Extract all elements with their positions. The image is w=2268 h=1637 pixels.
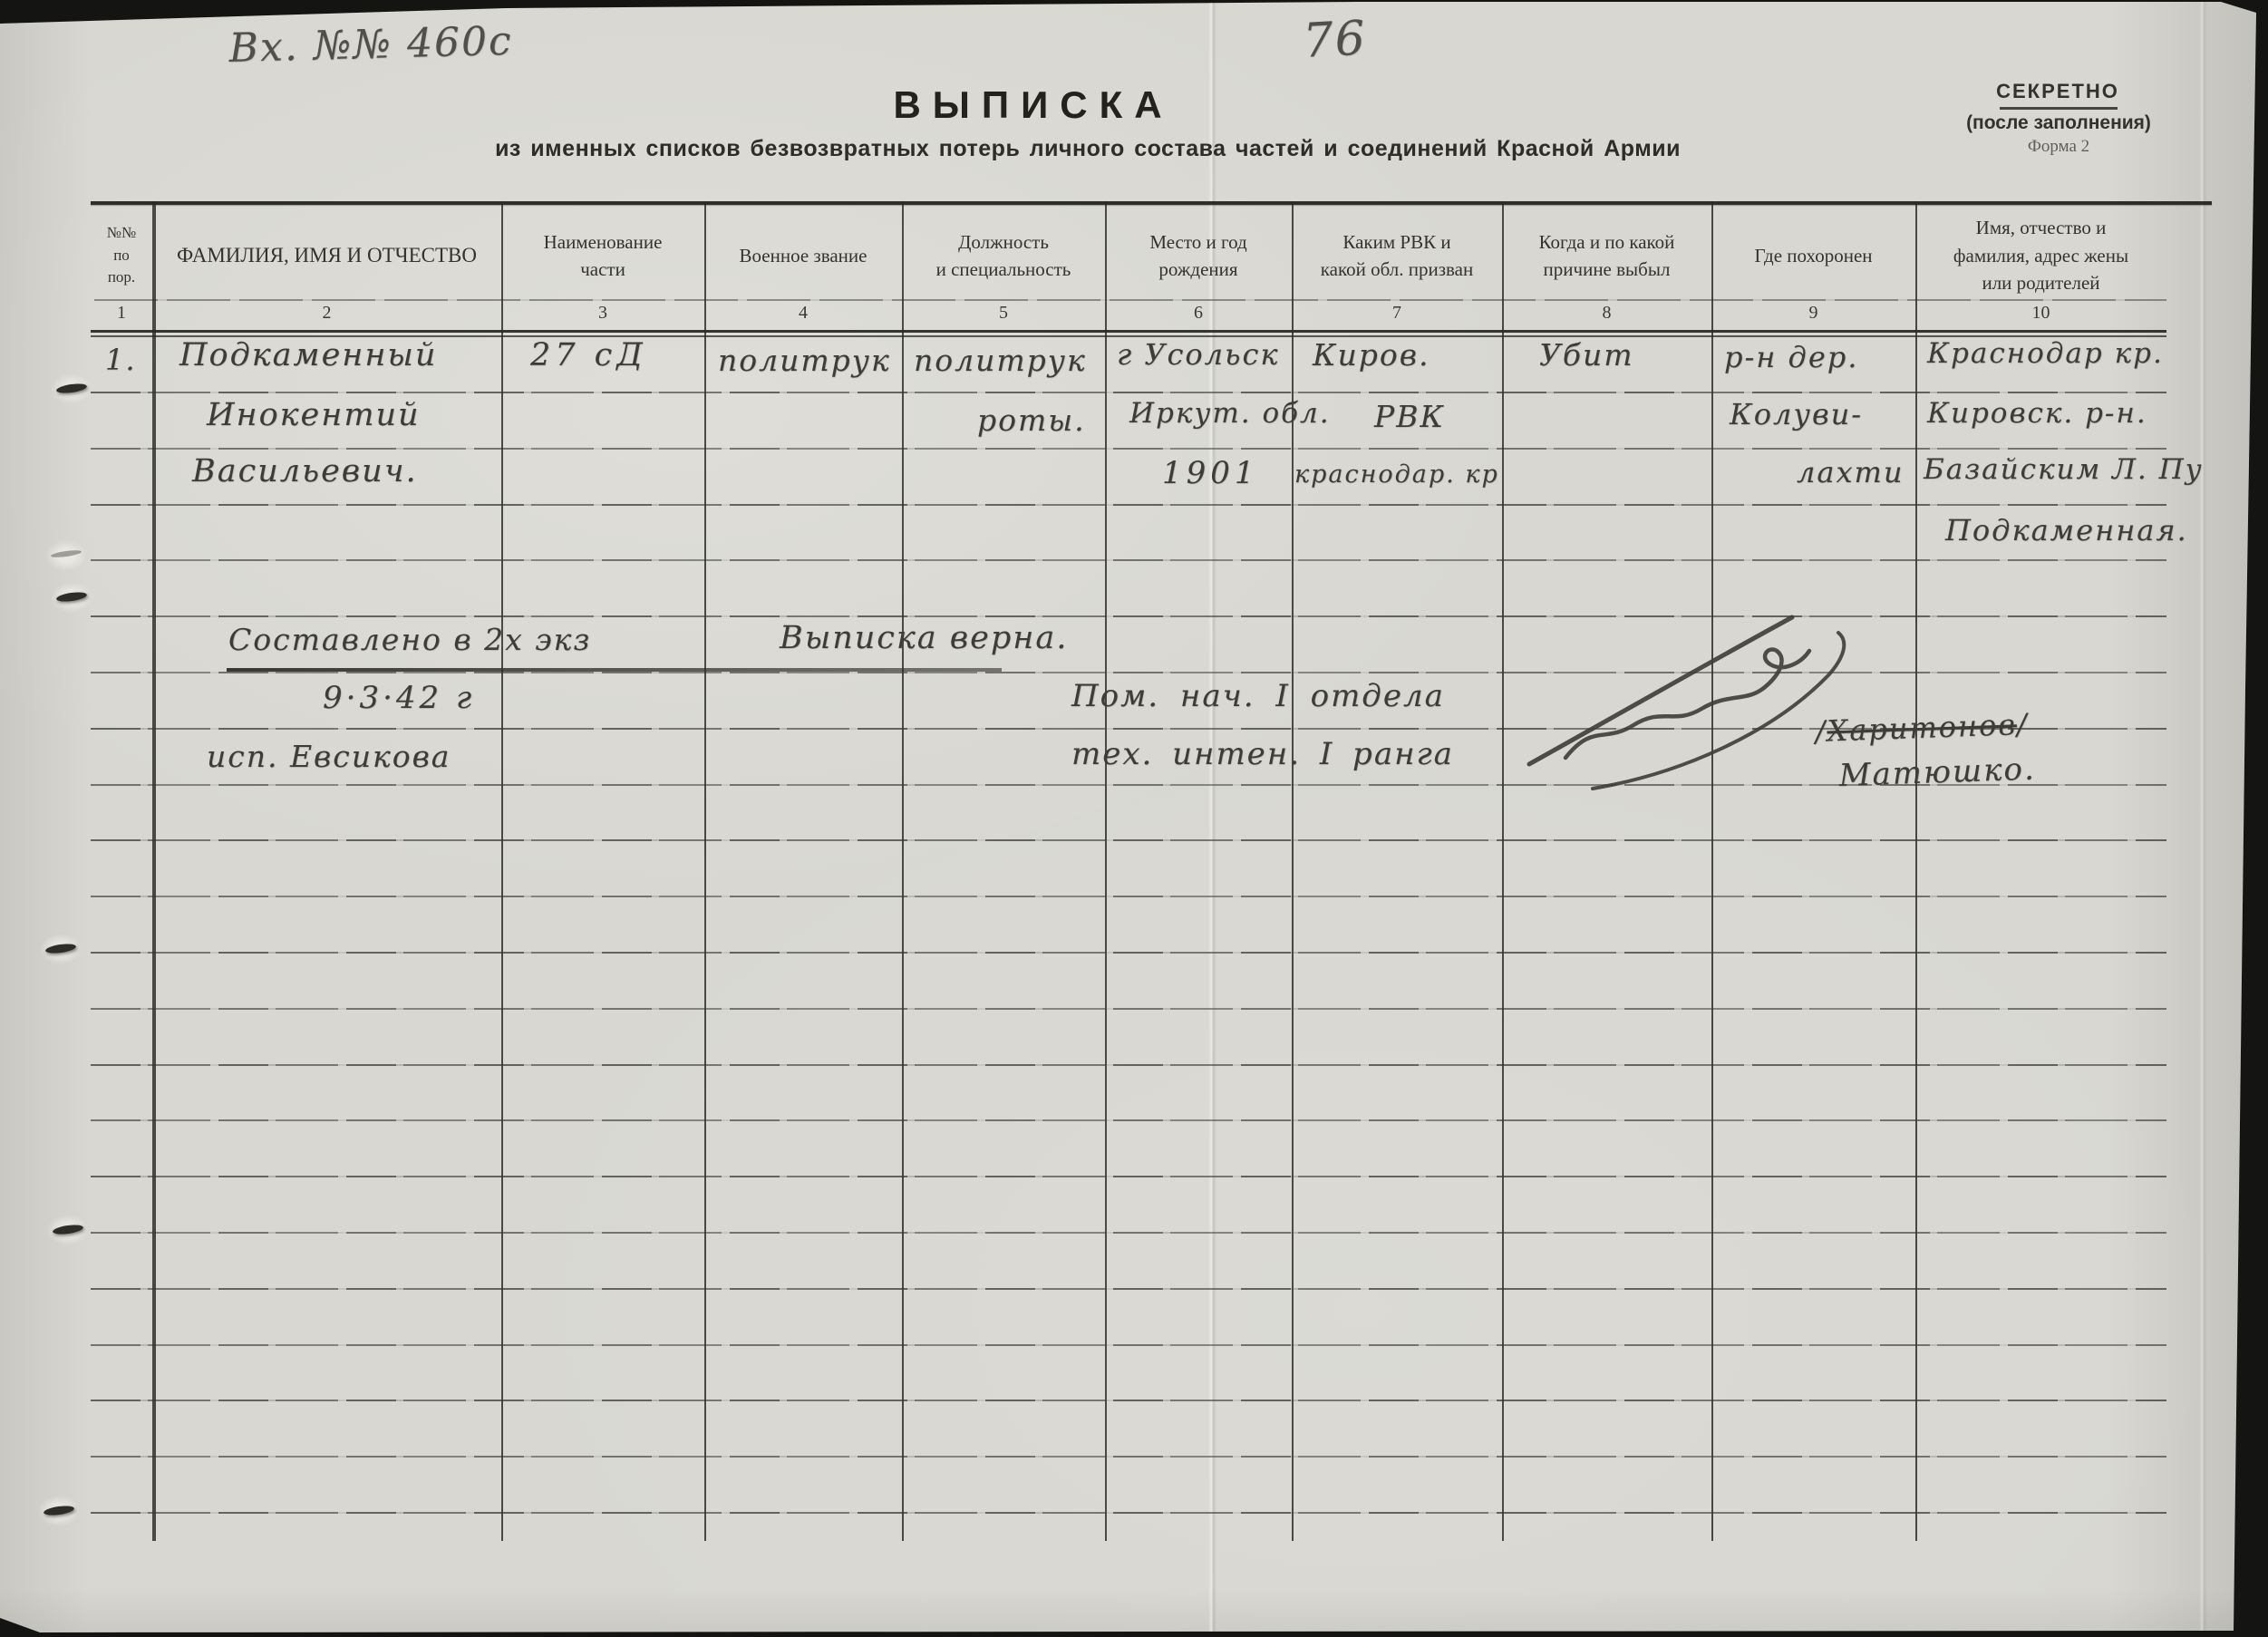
- column-number-1: 1: [91, 303, 152, 324]
- entry-unit: 27 сД: [530, 337, 647, 373]
- ruled-line: [91, 1064, 2166, 1066]
- punch-hole: [40, 934, 82, 964]
- entry-relatives-line1: Краснодар кр.: [1927, 337, 2164, 370]
- entry-surname: Подкаменный: [179, 337, 437, 373]
- entry-birthplace-line2: Иркут. обл.: [1129, 397, 1331, 430]
- entry-burial-line1: р-н дер.: [1724, 340, 1858, 374]
- ruled-line: [91, 952, 2166, 954]
- column-header-7: Каким РВК и какой обл. призван: [1294, 214, 1499, 297]
- ruled-line: [91, 504, 2166, 506]
- column-divider: [152, 201, 156, 1541]
- column-header-10: Имя, отчество и фамилия, адрес жены или …: [1918, 214, 2164, 297]
- column-header-1: №№ по пор.: [93, 214, 150, 297]
- column-number-5: 5: [902, 303, 1105, 324]
- entry-birthplace-line1: г Усольск: [1117, 337, 1279, 372]
- ruled-line: [91, 1119, 2166, 1121]
- ruled-line: [91, 559, 2166, 561]
- punch-hole: [51, 373, 92, 404]
- entry-birthyear: 1901: [1162, 455, 1259, 491]
- column-divider: [1502, 201, 1504, 1541]
- entry-firstname: Инокентий: [207, 397, 421, 433]
- crossed-name-text: Харитонов: [1827, 707, 2018, 748]
- entry-patronymic: Васильевич.: [192, 453, 418, 489]
- column-number-6: 6: [1105, 303, 1292, 324]
- entry-rvk-line1: Киров.: [1313, 337, 1430, 373]
- incoming-number: Вх. №№ 460с: [228, 18, 513, 72]
- entry-relatives-line4: Подкаменная.: [1945, 513, 2188, 547]
- entry-relatives-line2: Кировск. р-н.: [1927, 397, 2147, 430]
- certification-crossed-name: /Харитонов/: [1815, 707, 2029, 749]
- column-header-9: Где похоронен: [1714, 214, 1913, 297]
- form-label: Форма 2: [1960, 137, 2157, 157]
- note-underline: [227, 668, 1002, 672]
- ruled-line: [91, 1400, 2166, 1401]
- column-number-9: 9: [1711, 303, 1915, 324]
- ruled-line: [91, 1008, 2166, 1010]
- column-header-5: Должность и специальность: [905, 214, 1102, 297]
- column-number-7: 7: [1292, 303, 1502, 324]
- table-top-rule: [91, 201, 2212, 205]
- edge-crease: [2199, 0, 2207, 1637]
- column-divider: [1105, 201, 1107, 1541]
- ruled-line: [91, 1176, 2166, 1177]
- entry-fate: Убит: [1539, 337, 1634, 373]
- punch-hole: [47, 1215, 89, 1245]
- column-divider: [704, 201, 706, 1541]
- punch-hole: [45, 540, 87, 571]
- slash-close: /: [2016, 707, 2029, 741]
- doc-subtitle: из именных списков безвозвратных потерь …: [471, 136, 1704, 162]
- column-header-2: ФАМИЛИЯ, ИМЯ И ОТЧЕСТВО: [155, 214, 499, 297]
- header-bottom-rule: [91, 330, 2166, 333]
- column-number-10: 10: [1915, 303, 2166, 324]
- column-divider: [1915, 201, 1917, 1541]
- column-header-3: Наименование части: [504, 214, 702, 297]
- entry-relatives-line3: Базайским Л. Пу: [1924, 453, 2204, 486]
- column-number-8: 8: [1502, 303, 1711, 324]
- page-number: 76: [1302, 11, 1368, 69]
- punch-hole: [38, 1496, 80, 1526]
- ruled-line: [91, 839, 2166, 841]
- column-header-6: Место и год рождения: [1108, 214, 1289, 297]
- note-executor: исп. Евсикова: [207, 739, 451, 774]
- note-date: 9·3·42 г: [323, 680, 475, 716]
- doc-title: ВЫПИСКА: [893, 83, 1174, 127]
- ruled-line: [91, 1512, 2166, 1514]
- column-number-2: 2: [152, 303, 501, 324]
- secrecy-stamp: СЕКРЕТНО: [1994, 80, 2121, 103]
- entry-burial-line2: Колуви-: [1730, 397, 1863, 431]
- entry-rank: политрук: [718, 343, 891, 378]
- entry-rvk-line3: краснодар. кр: [1294, 460, 1499, 489]
- certification-position-line2: тех. интен. I ранга: [1071, 736, 1454, 772]
- entry-number: 1.: [105, 343, 137, 377]
- header-separator: [94, 299, 2166, 301]
- ruled-line: [91, 1232, 2166, 1234]
- entry-position-line1: политрук: [914, 343, 1087, 378]
- ruled-line: [91, 448, 2166, 450]
- ruled-line: [91, 1288, 2166, 1290]
- column-header-4: Военное звание: [707, 214, 899, 297]
- entry-burial-line3: лахти: [1797, 455, 1904, 489]
- note-copies: Составлено в 2х экз: [228, 622, 591, 657]
- column-divider: [902, 201, 904, 1541]
- document-scan: Вх. №№ 460с 76 ВЫПИСКА из именных списко…: [0, 0, 2268, 1637]
- ruled-line: [91, 1456, 2166, 1458]
- certification-position-line1: Пом. нач. I отдела: [1071, 678, 1445, 714]
- ruled-line: [91, 896, 2166, 897]
- secrecy-underline: [2000, 107, 2118, 110]
- paper: Вх. №№ 460с 76 ВЫПИСКА из именных списко…: [0, 0, 2268, 1637]
- column-divider: [1711, 201, 1713, 1541]
- entry-position-line2: роты.: [977, 402, 1086, 438]
- column-header-8: Когда и по какой причине выбыл: [1505, 214, 1709, 297]
- entry-rvk-line2: РВК: [1374, 399, 1445, 434]
- column-divider: [501, 201, 503, 1541]
- punch-hole: [51, 582, 92, 613]
- column-number-3: 3: [501, 303, 704, 324]
- ruled-line: [91, 1344, 2166, 1346]
- certification-statement: Выписка верна.: [780, 620, 1068, 656]
- column-number-4: 4: [704, 303, 902, 324]
- secrecy-qualifier: (после заполнения): [1960, 112, 2157, 134]
- ruled-line: [91, 392, 2166, 393]
- certification-signer-name: Матюшко.: [1838, 751, 2036, 794]
